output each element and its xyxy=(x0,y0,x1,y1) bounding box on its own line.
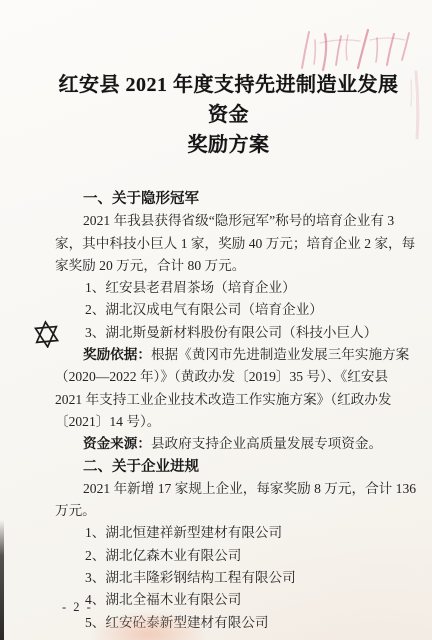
document-title: 红安县 2021 年度支持先进制造业发展资金 奖励方案 xyxy=(55,70,402,160)
list-item-text: 3、湖北斯曼新材料股份有限公司（科技小巨人） xyxy=(85,325,377,340)
scan-smudge-artifact xyxy=(88,610,208,640)
para-line: 资金来源：县政府支持企业高质量发展专项资金。 xyxy=(55,433,402,455)
scanned-document-page: 红安县 2021 年度支持先进制造业发展资金 奖励方案 一、关于隐形冠军 202… xyxy=(0,0,432,640)
list-item: 1、红安县老君眉茶场（培育企业） xyxy=(55,277,402,299)
document-body: 红安县 2021 年度支持先进制造业发展资金 奖励方案 一、关于隐形冠军 202… xyxy=(55,70,402,634)
section-1-heading: 一、关于隐形冠军 xyxy=(55,188,402,210)
para-line: 万元。 xyxy=(55,500,402,522)
scan-edge-artifact xyxy=(0,520,4,640)
para-line: 2021 年新增 17 家规上企业，每家奖励 8 万元，合计 136 xyxy=(55,478,402,500)
list-item: 4、湖北全福木业有限公司 xyxy=(55,589,402,611)
basis-text: 根据《黄冈市先进制造业发展三年实施方案 xyxy=(151,347,409,362)
list-item: 3、湖北斯曼新材料股份有限公司（科技小巨人） xyxy=(55,322,402,344)
para-line: （2020—2022 年）》（黄政办发〔2019〕35 号）、《红安县 xyxy=(55,366,402,388)
para-line: 奖励依据：根据《黄冈市先进制造业发展三年实施方案 xyxy=(55,344,402,366)
funding-text: 县政府支持企业高质量发展专项资金。 xyxy=(151,436,382,451)
basis-label: 奖励依据： xyxy=(83,347,151,362)
list-item: 3、湖北丰隆彩钢结构工程有限公司 xyxy=(55,567,402,589)
list-item: 1、湖北恒建祥新型建材有限公司 xyxy=(55,522,402,544)
title-line-2: 奖励方案 xyxy=(55,130,402,160)
section-2-heading: 二、关于企业进规 xyxy=(55,456,402,478)
para-line: 家奖励 20 万元，合计 80 万元。 xyxy=(55,255,402,277)
title-line-1: 红安县 2021 年度支持先进制造业发展资金 xyxy=(55,70,402,130)
list-item: 2、湖北汉成电气有限公司（培育企业） xyxy=(55,299,402,321)
para-line: 〔2021〕14 号）。 xyxy=(55,411,402,433)
para-line: 2021 年我县获得省级“隐形冠军”称号的培育企业有 3 xyxy=(55,210,402,232)
para-line: 2021 年支持工业企业技术改造工作实施方案》（红政办发 xyxy=(55,389,402,411)
funding-label: 资金来源： xyxy=(83,436,151,451)
list-item: 2、湖北亿森木业有限公司 xyxy=(55,545,402,567)
para-line: 家，其中科技小巨人 1 家，奖励 40 万元；培育企业 2 家，每 xyxy=(55,233,402,255)
star-annotation-icon xyxy=(33,320,60,348)
